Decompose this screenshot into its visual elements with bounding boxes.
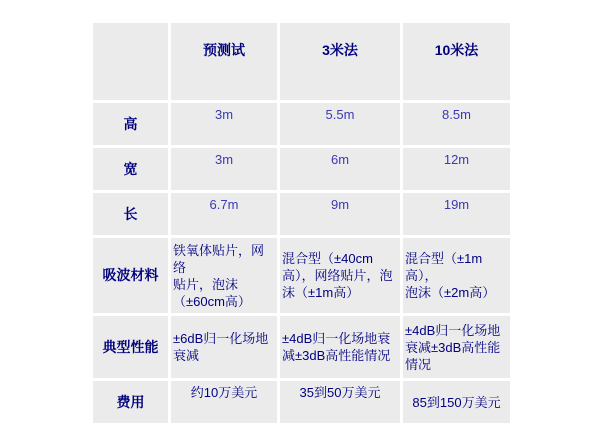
cell-width-10m: 12m — [403, 148, 510, 190]
cell-width-3m: 6m — [280, 148, 400, 190]
table-row-width: 宽 3m 6m 12m — [93, 148, 510, 190]
cell-height-3m: 5.5m — [280, 103, 400, 145]
cell-performance-10m: ±4dB归一化场地 衰减±3dB高性能 情况 — [403, 316, 510, 378]
corner-cell — [93, 23, 168, 100]
table-row-cost: 费用 约10万美元 35到50万美元 85到150万美元 — [93, 381, 510, 423]
row-label-cost: 费用 — [93, 381, 168, 423]
cell-length-10m: 19m — [403, 193, 510, 235]
header-row: 预测试 3米法 10米法 — [93, 23, 510, 100]
cell-width-pretest: 3m — [171, 148, 277, 190]
cell-height-10m: 8.5m — [403, 103, 510, 145]
cell-absorber-pretest: 铁氧体贴片，网络 贴片，泡沫 （±60cm高） — [171, 238, 277, 313]
table-row-performance: 典型性能 ±6dB归一化场地 衰减 ±4dB归一化场地衰 减±3dB高性能情况 … — [93, 316, 510, 378]
cell-length-pretest: 6.7m — [171, 193, 277, 235]
cell-absorber-3m: 混合型（±40cm 高），网络贴片，泡 沫（±1m高） — [280, 238, 400, 313]
cell-cost-10m: 85到150万美元 — [403, 381, 510, 423]
column-header-pretest: 预测试 — [171, 23, 277, 100]
cell-cost-3m: 35到50万美元 — [280, 381, 400, 423]
row-label-absorber: 吸波材料 — [93, 238, 168, 313]
cell-absorber-10m: 混合型（±1m 高）， 泡沫（±2m高） — [403, 238, 510, 313]
row-label-performance: 典型性能 — [93, 316, 168, 378]
comparison-table: 预测试 3米法 10米法 高 3m 5.5m 8.5m 宽 3m 6m 12m … — [90, 20, 513, 426]
column-header-10m-method: 10米法 — [403, 23, 510, 100]
cell-performance-pretest: ±6dB归一化场地 衰减 — [171, 316, 277, 378]
column-header-3m-method: 3米法 — [280, 23, 400, 100]
cell-height-pretest: 3m — [171, 103, 277, 145]
row-label-width: 宽 — [93, 148, 168, 190]
page: 预测试 3米法 10米法 高 3m 5.5m 8.5m 宽 3m 6m 12m … — [0, 0, 600, 448]
row-label-length: 长 — [93, 193, 168, 235]
table-row-length: 长 6.7m 9m 19m — [93, 193, 510, 235]
table-row-absorber: 吸波材料 铁氧体贴片，网络 贴片，泡沫 （±60cm高） 混合型（±40cm 高… — [93, 238, 510, 313]
cell-length-3m: 9m — [280, 193, 400, 235]
row-label-height: 高 — [93, 103, 168, 145]
cell-cost-pretest: 约10万美元 — [171, 381, 277, 423]
cell-performance-3m: ±4dB归一化场地衰 减±3dB高性能情况 — [280, 316, 400, 378]
table-row-height: 高 3m 5.5m 8.5m — [93, 103, 510, 145]
